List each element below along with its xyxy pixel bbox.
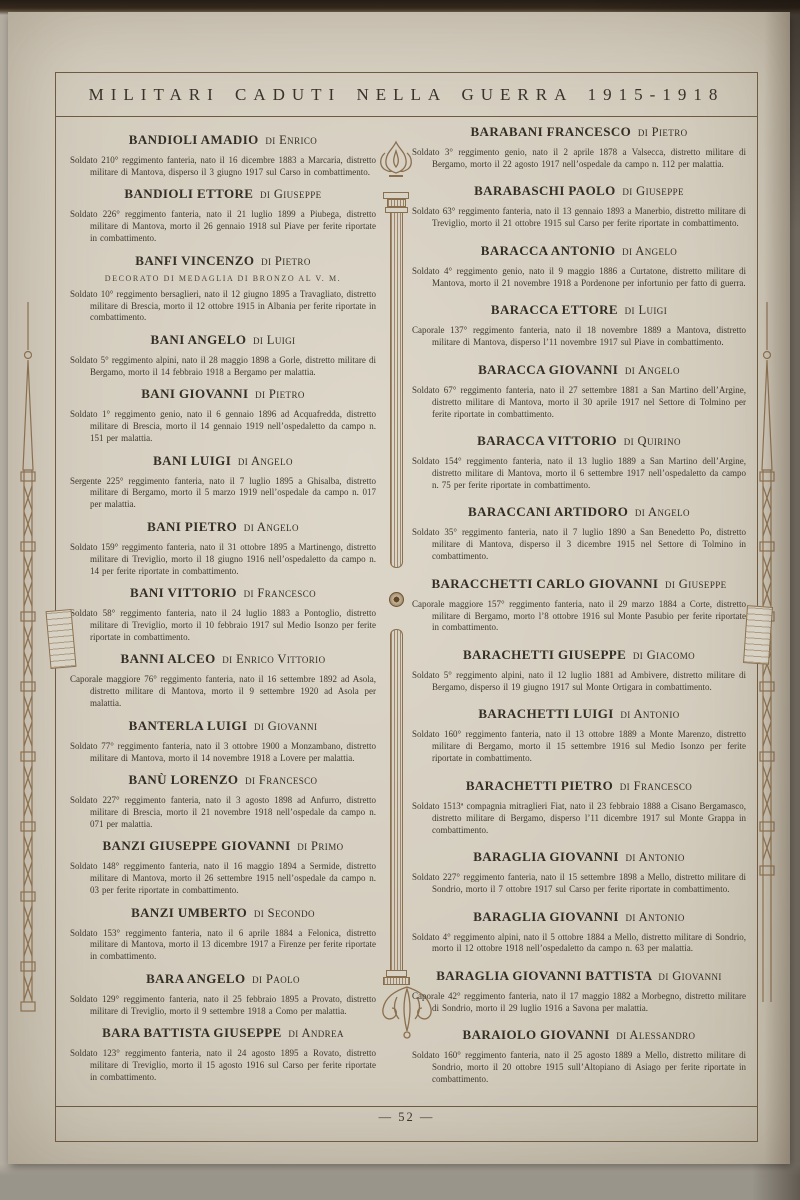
- entry-description: Sergente 225° reggimento fanteria, nato …: [70, 476, 376, 512]
- entry-name-heading: BANI ANGELO di Luigi: [70, 332, 376, 348]
- entry-patronymic: di Primo: [297, 839, 343, 853]
- casualty-entry: BARA ANGELO di Paolo Soldato 129° reggim…: [70, 971, 376, 1018]
- entry-patronymic: di Francesco: [245, 773, 317, 787]
- entry-patronymic: di Pietro: [261, 254, 311, 268]
- entry-surname-firstname: BARACHETTI GIUSEPPE: [463, 647, 626, 662]
- entry-surname-firstname: BARACCA ANTONIO: [481, 243, 616, 258]
- casualty-entry: BARAIOLO GIOVANNI di Alessandro Soldato …: [412, 1027, 746, 1086]
- entry-surname-firstname: BANDIOLI AMADIO: [129, 132, 259, 147]
- title-band: MILITARI CADUTI NELLA GUERRA 1915-1918: [56, 73, 757, 117]
- column-left: BANDIOLI AMADIO di Enrico Soldato 210° r…: [70, 132, 376, 1084]
- casualty-entry: BANTERLA LUIGI di Giovanni Soldato 77° r…: [70, 718, 376, 765]
- entry-name-heading: BANZI UMBERTO di Secondo: [70, 905, 376, 921]
- entry-description: Soldato 129° reggimento fanteria, nato i…: [70, 994, 376, 1018]
- casualty-entry: BARACHETTI PIETRO di Francesco Soldato 1…: [412, 778, 746, 837]
- entry-description: Soldato 154° reggimento fanteria, nato i…: [412, 456, 746, 492]
- entry-name-heading: BARABANI FRANCESCO di Pietro: [412, 124, 746, 140]
- rosette-icon: [389, 592, 404, 607]
- column-right: BARABANI FRANCESCO di Pietro Soldato 3° …: [412, 124, 746, 1086]
- entry-patronymic: di Antonio: [625, 910, 684, 924]
- entry-surname-firstname: BANDIOLI ETTORE: [124, 186, 253, 201]
- hanging-tablet-icon: [46, 609, 77, 669]
- casualty-entry: BARACCA ETTORE di Luigi Caporale 137° re…: [412, 302, 746, 349]
- casualty-entry: BARACHETTI LUIGI di Antonio Soldato 160°…: [412, 706, 746, 765]
- entry-surname-firstname: BANI GIOVANNI: [141, 386, 248, 401]
- fluted-column-icon: [390, 213, 403, 568]
- casualty-entry: BARACCA ANTONIO di Angelo Soldato 4° reg…: [412, 243, 746, 290]
- entry-surname-firstname: BARAGLIA GIOVANNI BATTISTA: [436, 968, 652, 983]
- entry-description: Soldato 67° reggimento fanteria, nato il…: [412, 385, 746, 421]
- casualty-entry: BANI GIOVANNI di Pietro Soldato 1° reggi…: [70, 386, 376, 445]
- entry-description: Soldato 63° reggimento fanteria, nato il…: [412, 206, 746, 230]
- entry-description: Soldato 58° reggimento fanteria, nato il…: [70, 608, 376, 644]
- entry-patronymic: di Pietro: [255, 387, 305, 401]
- entry-surname-firstname: BANI LUIGI: [153, 453, 231, 468]
- entry-patronymic: di Andrea: [288, 1026, 344, 1040]
- entry-name-heading: BARACCA ANTONIO di Angelo: [412, 243, 746, 259]
- casualty-entry: BARAGLIA GIOVANNI di Antonio Soldato 4° …: [412, 909, 746, 956]
- entry-patronymic: di Enrico: [265, 133, 317, 147]
- casualty-entry: BANDIOLI ETTORE di Giuseppe Soldato 226°…: [70, 186, 376, 245]
- entry-description: Caporale maggiore 157° reggimento fanter…: [412, 599, 746, 635]
- casualty-entry: BARACCANI ARTIDORO di Angelo Soldato 35°…: [412, 504, 746, 563]
- entry-surname-firstname: BARA ANGELO: [146, 971, 245, 986]
- entry-patronymic: di Giuseppe: [622, 184, 684, 198]
- entry-description: Soldato 1° reggimento genio, nato il 6 g…: [70, 409, 376, 445]
- entry-name-heading: BANZI GIUSEPPE GIOVANNI di Primo: [70, 838, 376, 854]
- entry-name-heading: BANDIOLI AMADIO di Enrico: [70, 132, 376, 148]
- entry-surname-firstname: BANNI ALCEO: [121, 651, 216, 666]
- casualty-entry: BANDIOLI AMADIO di Enrico Soldato 210° r…: [70, 132, 376, 179]
- entry-description: Soldato 148° reggimento fanteria, nato i…: [70, 861, 376, 897]
- photo-background: MILITARI CADUTI NELLA GUERRA 1915-1918 —…: [0, 0, 800, 1200]
- casualty-entry: BARAGLIA GIOVANNI di Antonio Soldato 227…: [412, 849, 746, 896]
- entry-description: Caporale maggiore 76° reggimento fanteri…: [70, 674, 376, 710]
- entry-patronymic: di Giuseppe: [665, 577, 727, 591]
- entry-surname-firstname: BARACCA VITTORIO: [477, 433, 617, 448]
- entry-surname-firstname: BANÙ LORENZO: [129, 772, 239, 787]
- entry-surname-firstname: BANFI VINCENZO: [135, 253, 254, 268]
- entry-patronymic: di Enrico Vittorio: [222, 652, 325, 666]
- entry-description: Soldato 4° reggimento genio, nato il 9 m…: [412, 266, 746, 290]
- casualty-entry: BARAGLIA GIOVANNI BATTISTA di Giovanni C…: [412, 968, 746, 1015]
- entry-name-heading: BANI PIETRO di Angelo: [70, 519, 376, 535]
- entry-surname-firstname: BANZI GIUSEPPE GIOVANNI: [102, 838, 290, 853]
- entry-description: Soldato 227° reggimento fanteria, nato i…: [70, 795, 376, 831]
- entry-name-heading: BARACCANI ARTIDORO di Angelo: [412, 504, 746, 520]
- entry-patronymic: di Angelo: [238, 454, 293, 468]
- column-capital: [383, 977, 410, 985]
- entry-name-heading: BANI VITTORIO di Francesco: [70, 585, 376, 601]
- entry-name-heading: BANÙ LORENZO di Francesco: [70, 772, 376, 788]
- entry-patronymic: di Francesco: [244, 586, 316, 600]
- content-area: BANDIOLI AMADIO di Enrico Soldato 210° r…: [56, 116, 757, 1105]
- entry-name-heading: BARACHETTI PIETRO di Francesco: [412, 778, 746, 794]
- entry-patronymic: di Antonio: [625, 850, 684, 864]
- entry-name-heading: BARACCA GIOVANNI di Angelo: [412, 362, 746, 378]
- entry-description: Soldato 123° reggimento fanteria, nato i…: [70, 1048, 376, 1084]
- casualty-entry: BANI LUIGI di Angelo Sergente 225° reggi…: [70, 453, 376, 512]
- casualty-entry: BARABASCHI PAOLO di Giuseppe Soldato 63°…: [412, 183, 746, 230]
- entry-description: Soldato 227° reggimento fanteria, nato i…: [412, 872, 746, 896]
- torch-capital: [387, 199, 406, 207]
- casualty-entry: BARA BATTISTA GIUSEPPE di Andrea Soldato…: [70, 1025, 376, 1084]
- entry-name-heading: BANDIOLI ETTORE di Giuseppe: [70, 186, 376, 202]
- entry-patronymic: di Giovanni: [254, 719, 317, 733]
- casualty-entry: BANI ANGELO di Luigi Soldato 5° reggimen…: [70, 332, 376, 379]
- casualty-entry: BARACCA VITTORIO di Quirino Soldato 154°…: [412, 433, 746, 492]
- entry-patronymic: di Angelo: [622, 244, 677, 258]
- entry-surname-firstname: BARABANI FRANCESCO: [470, 124, 631, 139]
- entry-description: Caporale 137° reggimento fanteria, nato …: [412, 325, 746, 349]
- entry-name-heading: BARAGLIA GIOVANNI di Antonio: [412, 849, 746, 865]
- entry-name-heading: BARAGLIA GIOVANNI di Antonio: [412, 909, 746, 925]
- casualty-entry: BANI PIETRO di Angelo Soldato 159° reggi…: [70, 519, 376, 578]
- entry-patronymic: di Alessandro: [616, 1028, 695, 1042]
- casualty-entry: BANZI UMBERTO di Secondo Soldato 153° re…: [70, 905, 376, 964]
- entry-name-heading: BARA ANGELO di Paolo: [70, 971, 376, 987]
- hanging-tablet-icon: [743, 605, 773, 665]
- torch-flame-icon: [379, 140, 413, 192]
- entry-description: Soldato 3° reggimento genio, nato il 2 a…: [412, 147, 746, 171]
- entry-patronymic: di Secondo: [254, 906, 315, 920]
- entry-surname-firstname: BARA BATTISTA GIUSEPPE: [102, 1025, 282, 1040]
- torch-capital: [383, 192, 409, 199]
- entry-surname-firstname: BARABASCHI PAOLO: [474, 183, 616, 198]
- entry-description: Caporale 42° reggimento fanteria, nato i…: [412, 991, 746, 1015]
- entry-patronymic: di Angelo: [244, 520, 299, 534]
- entry-description: Soldato 77° reggimento fanteria, nato il…: [70, 741, 376, 765]
- entry-patronymic: di Angelo: [625, 363, 680, 377]
- footer-band: — 52 —: [56, 1106, 757, 1141]
- entry-description: Soldato 5° reggimento alpini, nato il 12…: [412, 670, 746, 694]
- entry-patronymic: di Paolo: [252, 972, 300, 986]
- entry-surname-firstname: BARACCA GIOVANNI: [478, 362, 618, 377]
- entry-surname-firstname: BANTERLA LUIGI: [129, 718, 248, 733]
- casualty-entry: BANI VITTORIO di Francesco Soldato 58° r…: [70, 585, 376, 644]
- entry-description: Soldato 4° reggimento alpini, nato il 5 …: [412, 932, 746, 956]
- casualty-entry: BARACHETTI GIUSEPPE di Giacomo Soldato 5…: [412, 647, 746, 694]
- entry-surname-firstname: BARACHETTI PIETRO: [466, 778, 613, 793]
- entry-patronymic: di Antonio: [620, 707, 679, 721]
- casualty-entry: BANFI VINCENZO di Pietro DECORATO DI MED…: [70, 253, 376, 325]
- casualty-entry: BARACCHETTI CARLO GIOVANNI di Giuseppe C…: [412, 576, 746, 635]
- entry-surname-firstname: BARACHETTI LUIGI: [478, 706, 613, 721]
- central-divider-ornament: [379, 140, 413, 1084]
- casualty-entry: BANÙ LORENZO di Francesco Soldato 227° r…: [70, 772, 376, 831]
- entry-description: Soldato 35° reggimento fanteria, nato il…: [412, 527, 746, 563]
- entry-description: Soldato 160° reggimento fanteria, nato i…: [412, 1050, 746, 1086]
- entry-decoration-note: DECORATO DI MEDAGLIA DI BRONZO AL V. M.: [70, 274, 376, 283]
- entry-surname-firstname: BARAGLIA GIOVANNI: [473, 849, 619, 864]
- entry-surname-firstname: BARACCANI ARTIDORO: [468, 504, 628, 519]
- entry-patronymic: di Francesco: [620, 779, 692, 793]
- page-title: MILITARI CADUTI NELLA GUERRA 1915-1918: [89, 85, 725, 105]
- casualty-entry: BANNI ALCEO di Enrico Vittorio Caporale …: [70, 651, 376, 710]
- casualty-entry: BARABANI FRANCESCO di Pietro Soldato 3° …: [412, 124, 746, 171]
- entry-name-heading: BARAIOLO GIOVANNI di Alessandro: [412, 1027, 746, 1043]
- entry-description: Soldato 1513ª compagnia mitraglieri Fiat…: [412, 801, 746, 837]
- entry-surname-firstname: BANI PIETRO: [147, 519, 237, 534]
- entry-description: Soldato 159° reggimento fanteria, nato i…: [70, 542, 376, 578]
- entry-patronymic: di Luigi: [625, 303, 667, 317]
- entry-name-heading: BARA BATTISTA GIUSEPPE di Andrea: [70, 1025, 376, 1041]
- entry-surname-firstname: BARAGLIA GIOVANNI: [473, 909, 619, 924]
- entry-name-heading: BANTERLA LUIGI di Giovanni: [70, 718, 376, 734]
- casualty-entry: BARACCA GIOVANNI di Angelo Soldato 67° r…: [412, 362, 746, 421]
- entry-patronymic: di Giacomo: [633, 648, 695, 662]
- entry-patronymic: di Quirino: [624, 434, 681, 448]
- paper: MILITARI CADUTI NELLA GUERRA 1915-1918 —…: [8, 12, 790, 1164]
- entry-surname-firstname: BANI VITTORIO: [130, 585, 237, 600]
- entry-surname-firstname: BARACCA ETTORE: [491, 302, 618, 317]
- entry-description: Soldato 226° reggimento fanteria, nato i…: [70, 209, 376, 245]
- entry-name-heading: BANI GIOVANNI di Pietro: [70, 386, 376, 402]
- entry-name-heading: BANNI ALCEO di Enrico Vittorio: [70, 651, 376, 667]
- entry-name-heading: BANFI VINCENZO di Pietro: [70, 253, 376, 269]
- left-banner-pole-icon: [17, 302, 39, 1026]
- entry-name-heading: BARAGLIA GIOVANNI BATTISTA di Giovanni: [412, 968, 746, 984]
- entry-name-heading: BARACCHETTI CARLO GIOVANNI di Giuseppe: [412, 576, 746, 592]
- column-capital: [386, 970, 407, 977]
- entry-surname-firstname: BANI ANGELO: [151, 332, 247, 347]
- entry-name-heading: BARACHETTI GIUSEPPE di Giacomo: [412, 647, 746, 663]
- entry-patronymic: di Angelo: [635, 505, 690, 519]
- casualty-entry: BANZI GIUSEPPE GIOVANNI di Primo Soldato…: [70, 838, 376, 897]
- entry-patronymic: di Giuseppe: [260, 187, 322, 201]
- entry-description: Soldato 10° reggimento bersaglieri, nato…: [70, 289, 376, 325]
- entry-description: Soldato 153° reggimento fanteria, nato i…: [70, 928, 376, 964]
- entry-name-heading: BANI LUIGI di Angelo: [70, 453, 376, 469]
- entry-surname-firstname: BARACCHETTI CARLO GIOVANNI: [431, 576, 658, 591]
- entry-description: Soldato 5° reggimento alpini, nato il 28…: [70, 355, 376, 379]
- fluted-column-icon: [390, 629, 403, 970]
- entry-patronymic: di Giovanni: [658, 969, 721, 983]
- entry-name-heading: BARACCA VITTORIO di Quirino: [412, 433, 746, 449]
- entry-surname-firstname: BANZI UMBERTO: [131, 905, 247, 920]
- entry-name-heading: BARABASCHI PAOLO di Giuseppe: [412, 183, 746, 199]
- entry-name-heading: BARACCA ETTORE di Luigi: [412, 302, 746, 318]
- entry-description: Soldato 160° reggimento fanteria, nato i…: [412, 729, 746, 765]
- page-number: — 52 —: [379, 1110, 435, 1125]
- entry-name-heading: BARACHETTI LUIGI di Antonio: [412, 706, 746, 722]
- entry-description: Soldato 210° reggimento fanteria, nato i…: [70, 155, 376, 179]
- entry-surname-firstname: BARAIOLO GIOVANNI: [463, 1027, 610, 1042]
- entry-patronymic: di Luigi: [253, 333, 295, 347]
- entry-patronymic: di Pietro: [638, 125, 688, 139]
